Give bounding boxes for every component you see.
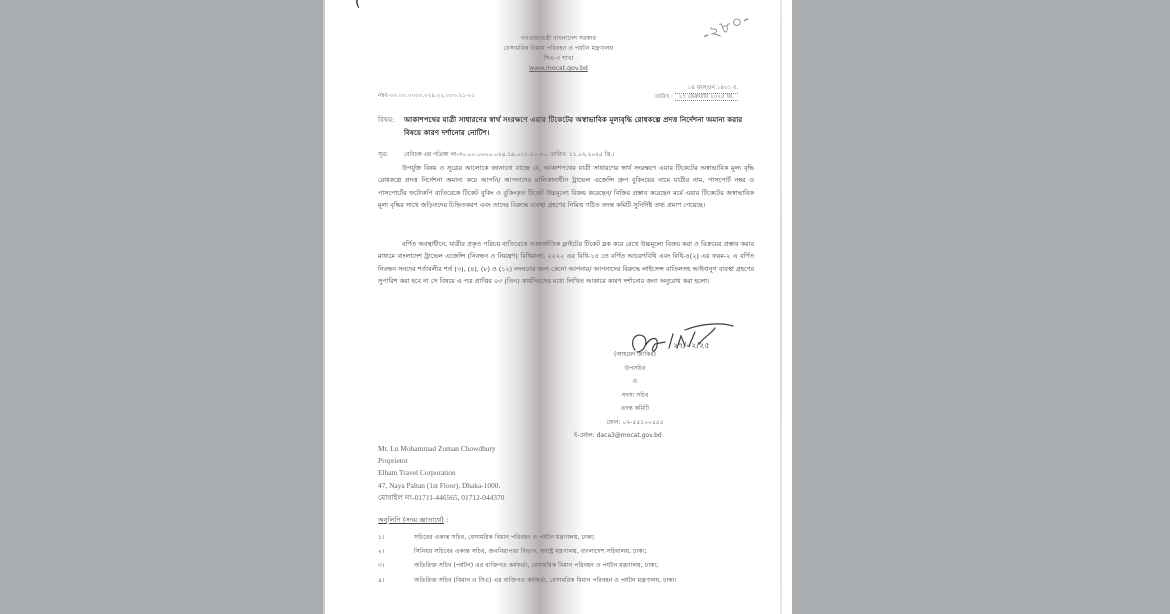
list-item: ২।সিনিয়র সচিবের একান্ত সচিব, জননিরাপত্ত… — [378, 545, 762, 559]
signatory-and: ও — [560, 375, 710, 389]
body-paragraph-1: উপর্যুক্ত বিষয় ও সূত্রের আলোকে জানানো য… — [378, 162, 754, 212]
copy-heading: অনুলিপি (সদয় জ্ঞাতার্থে) : — [378, 514, 448, 526]
memo-number: নম্বর-৩০.০০.০০০০.০২৯.২২.০০৩.২১-২১ — [378, 92, 475, 101]
letterhead-section: সিএ-৩ শাখা — [325, 54, 792, 64]
subject-text: আকাশপথের যাত্রী সাধারণের স্বার্থ সংরক্ষণ… — [404, 113, 752, 139]
signatory-phone: ফোন: ০২-৫৫১০০৫৫৫ — [560, 416, 710, 430]
letter-date: ১৪ ফাল্গুন ১৪৩১ ব. তারিখ : ২৭ ফেব্রুয়ার… — [655, 84, 738, 102]
addressee-mobile: মোবাইল নং-01711-446565, 01712-044370 — [378, 492, 504, 504]
reference-label: সূত্র: — [378, 150, 388, 160]
date-label: তারিখ : — [655, 94, 673, 100]
body-paragraph-2: বর্ণিত অবস্থাধীনে, যাত্রীর প্রকৃত পরিচয়… — [378, 238, 754, 288]
scanned-letter-page: ( -২৮০- গণপ্রজাতন্ত্রী বাংলাদেশ সরকার বে… — [323, 0, 792, 614]
signatory-block: (আহমেদ জাকির) উপসচিব ও সদস্য সচিব তদন্ত … — [560, 348, 710, 443]
copy-recipient-list: ১।সচিবের একান্ত সচিব, বেসামরিক বিমান পরি… — [378, 531, 762, 588]
subject-label: বিষয়: — [378, 113, 395, 126]
addressee-block: Mr. Ln Mohammad Zoman Chowdhury Propriet… — [378, 443, 504, 504]
signatory-designation: উপসচিব — [560, 362, 710, 376]
copy-heading-text: অনুলিপি (সদয় জ্ঞাতার্থে) — [378, 516, 444, 524]
signatory-role: সদস্য সচিব — [560, 389, 710, 403]
addressee-title: Proprietor — [378, 455, 504, 467]
date-bangla: ১৪ ফাল্গুন ১৪৩১ ব. — [655, 84, 738, 93]
subject-block: বিষয়: আকাশপথের যাত্রী সাধারণের স্বার্থ … — [378, 113, 752, 139]
corner-mark: ( — [355, 0, 360, 10]
letterhead-website: www.mocat.gov.bd — [325, 64, 792, 74]
addressee-company: Elham Travel Corporation — [378, 467, 504, 479]
signatory-name: (আহমেদ জাকির) — [560, 348, 710, 362]
reference-block: সূত্র: বেবিচক এর পত্রিকা নং-৩০.০০.০০০০.০… — [378, 150, 752, 160]
signatory-committee: তদন্ত কমিটি — [560, 402, 710, 416]
list-item: ৪।অতিরিক্ত সচিব (বিমান ও সিএ) এর ব্যক্তি… — [378, 574, 762, 588]
list-item: ১।সচিবের একান্ত সচিব, বেসামরিক বিমান পরি… — [378, 531, 762, 545]
addressee-name: Mr. Ln Mohammad Zoman Chowdhury — [378, 443, 504, 455]
scan-fold-shadow — [495, 0, 585, 614]
letterhead-government: গণপ্রজাতন্ত্রী বাংলাদেশ সরকার — [325, 34, 792, 44]
addressee-address: 47, Naya Paltan (1st Floor), Dhaka-1000. — [378, 480, 504, 492]
list-item: ৩।অতিরিক্ত সচিব (পর্যটন) এর ব্যক্তিগত কর… — [378, 559, 762, 573]
letterhead-ministry: বেসামরিক বিমান পরিবহন ও পর্যটন মন্ত্রণাল… — [325, 44, 792, 54]
date-gregorian: ২৭ ফেব্রুয়ারি ২০২৫ খ্রি. — [675, 93, 738, 101]
letterhead: গণপ্রজাতন্ত্রী বাংলাদেশ সরকার বেসামরিক ব… — [325, 34, 792, 74]
signatory-email: ই-মেইল: daca3@mocat.gov.bd — [560, 429, 710, 443]
reference-text: বেবিচক এর পত্রিকা নং-৩০.০০.০০০০.০২৪.১৯.০… — [404, 150, 752, 160]
